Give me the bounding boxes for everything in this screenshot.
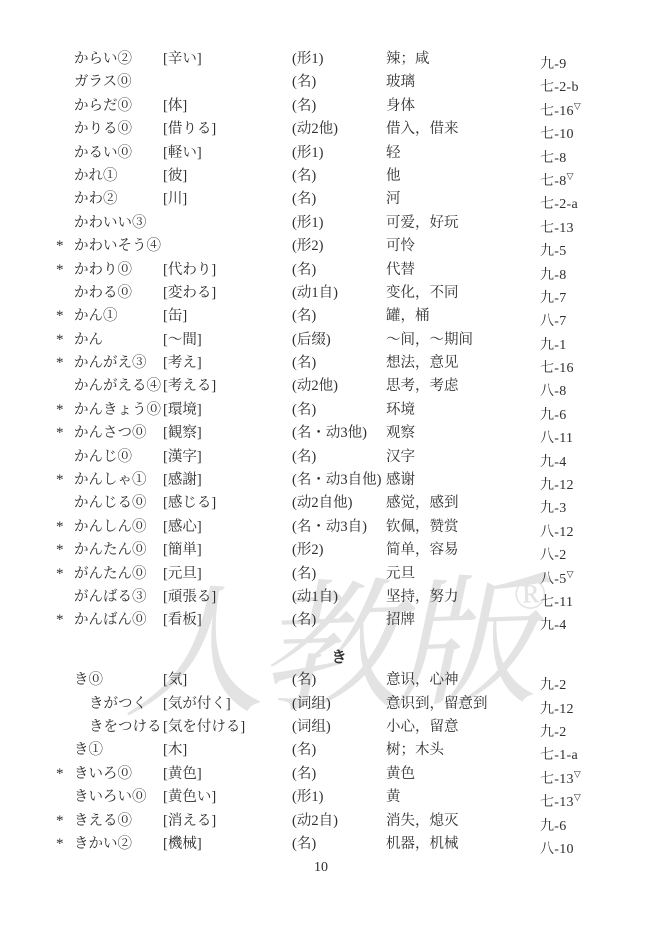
section-header: き [56, 646, 622, 669]
word-kanji: [感じる] [163, 492, 292, 515]
star-marker [56, 716, 74, 739]
word-kana: かんたん⓪ [74, 539, 163, 562]
lesson-reference: 七-8▽ [540, 165, 622, 188]
part-of-speech: (形2) [292, 539, 386, 562]
star-marker [56, 48, 74, 71]
star-marker [56, 282, 74, 305]
word-kana: かんじ⓪ [74, 446, 163, 469]
star-marker: * [56, 469, 74, 492]
word-kana: かわり⓪ [74, 259, 163, 282]
word-kanji: [川] [163, 188, 292, 211]
vocabulary-list: からい② [辛い] (形1) 辣；咸 九-9 ガラス⓪ (名) 玻璃 七-2-b… [56, 48, 622, 856]
star-marker: * [56, 539, 74, 562]
meaning-chinese: 轻 [386, 142, 401, 165]
part-of-speech: (动2自他) [292, 492, 386, 515]
word-kana: かわる⓪ [74, 282, 163, 305]
word-kana: きいろい⓪ [74, 786, 163, 809]
lesson-reference-text: 七-13 [540, 772, 574, 787]
vocab-row: かりる⓪ [借りる] (动2他) 借入，借来 七-10 [56, 118, 622, 141]
pos-meaning-group: (名) 树；木头 [292, 739, 540, 762]
pos-meaning-group: (形2) 简单，容易 [292, 539, 540, 562]
word-kanji [163, 212, 292, 235]
pos-meaning-group: (形1) 辣；咸 [292, 48, 540, 71]
vocab-row: かるい⓪ [軽い] (形1) 轻 七-8 [56, 142, 622, 165]
document-page: 人教版® からい② [辛い] (形1) 辣；咸 九-9 ガラス⓪ (名) 玻璃 … [0, 0, 658, 926]
part-of-speech: (名) [292, 833, 386, 856]
vocab-row: からだ⓪ [体] (名) 身体 七-16▽ [56, 95, 622, 118]
lesson-reference: 七-13▽ [540, 786, 622, 809]
part-of-speech: (名) [292, 352, 386, 375]
star-marker [56, 586, 74, 609]
part-of-speech: (名) [292, 165, 386, 188]
pos-meaning-group: (名) 河 [292, 188, 540, 211]
meaning-chinese: ～间，～期间 [386, 329, 473, 352]
vocab-row: がんばる③ [頑張る] (动1自) 坚持，努力 七-11 [56, 586, 622, 609]
word-kanji: [機械] [163, 833, 292, 856]
pos-meaning-group: (名) 招牌 [292, 609, 540, 632]
lesson-reference: 九-6 [540, 810, 622, 833]
star-marker: * [56, 329, 74, 352]
pos-meaning-group: (名・动3自) 钦佩，赞赏 [292, 516, 540, 539]
word-kanji: [彼] [163, 165, 292, 188]
word-kanji: [考え] [163, 352, 292, 375]
meaning-chinese: 意识到，留意到 [386, 693, 488, 716]
word-kanji: [借りる] [163, 118, 292, 141]
meaning-chinese: 罐，桶 [386, 305, 430, 328]
lesson-reference-text: 九-6 [540, 819, 567, 834]
star-marker: * [56, 609, 74, 632]
word-kana: かわ② [74, 188, 163, 211]
vocab-row: きいろい⓪ [黄色い] (形1) 黄 七-13▽ [56, 786, 622, 809]
pos-meaning-group: (后缀) ～间，～期间 [292, 329, 540, 352]
word-kanji: [代わり] [163, 259, 292, 282]
star-marker [56, 669, 74, 692]
lesson-reference-mark: ▽ [567, 171, 574, 181]
word-kana: かわいい③ [74, 212, 163, 235]
vocab-row: * かんばん⓪ [看板] (名) 招牌 九-4 [56, 609, 622, 632]
meaning-chinese: 他 [386, 165, 401, 188]
meaning-chinese: 简单，容易 [386, 539, 459, 562]
star-marker [56, 446, 74, 469]
lesson-reference-text: 八-8 [540, 384, 567, 399]
pos-meaning-group: (名) 身体 [292, 95, 540, 118]
pos-meaning-group: (动2他) 思考，考虑 [292, 375, 540, 398]
word-kanji: [消える] [163, 810, 292, 833]
meaning-chinese: 辣；咸 [386, 48, 430, 71]
word-kanji: [変わる] [163, 282, 292, 305]
part-of-speech: (名) [292, 739, 386, 762]
word-kanji: [頑張る] [163, 586, 292, 609]
lesson-reference: 八-12 [540, 516, 622, 539]
word-kana: がんばる③ [74, 586, 163, 609]
part-of-speech: (名・动3自) [292, 516, 386, 539]
word-kana: き⓪ [74, 669, 163, 692]
meaning-chinese: 元旦 [386, 563, 415, 586]
word-kanji: [体] [163, 95, 292, 118]
pos-meaning-group: (名) 元旦 [292, 563, 540, 586]
word-kanji: [気を付ける] [163, 716, 292, 739]
meaning-chinese: 小心，留意 [386, 716, 459, 739]
lesson-reference: 九-12 [540, 469, 622, 492]
vocab-row: * かわいそう④ (形2) 可怜 九-5 [56, 235, 622, 258]
lesson-reference: 八-2 [540, 539, 622, 562]
word-kanji: [気が付く] [163, 693, 292, 716]
lesson-reference-text: 九-1 [540, 338, 567, 353]
word-kana: かん [74, 329, 163, 352]
vocab-row: * かん① [缶] (名) 罐，桶 八-7 [56, 305, 622, 328]
part-of-speech: (形1) [292, 48, 386, 71]
vocab-row: * かんしゃ① [感謝] (名・动3自他) 感谢 九-12 [56, 469, 622, 492]
word-kanji [163, 71, 292, 94]
lesson-reference-text: 七-16 [540, 361, 574, 376]
part-of-speech: (名) [292, 609, 386, 632]
vocab-row: かれ① [彼] (名) 他 七-8▽ [56, 165, 622, 188]
word-kana: かわいそう④ [74, 235, 163, 258]
word-kanji: [気] [163, 669, 292, 692]
word-kana: かんきょう⓪ [74, 399, 163, 422]
part-of-speech: (名) [292, 563, 386, 586]
part-of-speech: (动2他) [292, 118, 386, 141]
star-marker: * [56, 305, 74, 328]
part-of-speech: (动2自) [292, 810, 386, 833]
star-marker [56, 118, 74, 141]
lesson-reference-text: 八-11 [540, 431, 573, 446]
vocab-row: き① [木] (名) 树；木头 七-1-a [56, 739, 622, 762]
meaning-chinese: 玻璃 [386, 71, 415, 94]
star-marker [56, 786, 74, 809]
star-marker: * [56, 235, 74, 258]
meaning-chinese: 可爱，好玩 [386, 212, 459, 235]
word-kanji: [軽い] [163, 142, 292, 165]
star-marker [56, 693, 74, 716]
meaning-chinese: 思考，考虑 [386, 375, 459, 398]
vocab-row: かわる⓪ [変わる] (动1自) 变化，不同 九-7 [56, 282, 622, 305]
lesson-reference: 九-5 [540, 235, 622, 258]
meaning-chinese: 钦佩，赞赏 [386, 516, 459, 539]
meaning-chinese: 环境 [386, 399, 415, 422]
pos-meaning-group: (名) 罐，桶 [292, 305, 540, 328]
word-kana: きがつく [74, 693, 163, 716]
word-kanji: [簡単] [163, 539, 292, 562]
pos-meaning-group: (名) 意识，心神 [292, 669, 540, 692]
vocab-row: きがつく [気が付く] (词组) 意识到，留意到 九-12 [56, 693, 622, 716]
vocab-row: からい② [辛い] (形1) 辣；咸 九-9 [56, 48, 622, 71]
lesson-reference: 九-4 [540, 446, 622, 469]
part-of-speech: (名) [292, 259, 386, 282]
lesson-reference-text: 九-5 [540, 244, 567, 259]
vocab-row: かんがえる④ [考える] (动2他) 思考，考虑 八-8 [56, 375, 622, 398]
word-kana: かんばん⓪ [74, 609, 163, 632]
lesson-reference-text: 七-2-b [540, 80, 579, 95]
vocab-row: かんじ⓪ [漢字] (名) 汉字 九-4 [56, 446, 622, 469]
star-marker: * [56, 352, 74, 375]
part-of-speech: (动1自) [292, 282, 386, 305]
lesson-reference-mark: ▽ [567, 569, 574, 579]
meaning-chinese: 黄 [386, 786, 401, 809]
word-kanji: [缶] [163, 305, 292, 328]
part-of-speech: (形1) [292, 212, 386, 235]
meaning-chinese: 树；木头 [386, 739, 444, 762]
lesson-reference-text: 八-12 [540, 525, 574, 540]
vocab-row: * かんがえ③ [考え] (名) 想法，意见 七-16 [56, 352, 622, 375]
lesson-reference-text: 九-7 [540, 291, 567, 306]
word-kanji: [感心] [163, 516, 292, 539]
pos-meaning-group: (动2自) 消失，熄灭 [292, 810, 540, 833]
lesson-reference-text: 八-10 [540, 842, 574, 857]
star-marker [56, 71, 74, 94]
meaning-chinese: 变化，不同 [386, 282, 459, 305]
part-of-speech: (动1自) [292, 586, 386, 609]
lesson-reference: 九-3 [540, 492, 622, 515]
pos-meaning-group: (名) 他 [292, 165, 540, 188]
lesson-reference-text: 七-16 [540, 104, 574, 119]
lesson-reference-text: 八-7 [540, 314, 567, 329]
vocab-row: * かんきょう⓪ [環境] (名) 环境 九-6 [56, 399, 622, 422]
word-kanji: [辛い] [163, 48, 292, 71]
vocab-row: * きいろ⓪ [黄色] (名) 黄色 七-13▽ [56, 763, 622, 786]
lesson-reference: 七-1-a [540, 739, 622, 762]
pos-meaning-group: (动1自) 变化，不同 [292, 282, 540, 305]
word-kana: き① [74, 739, 163, 762]
part-of-speech: (名・动3他) [292, 422, 386, 445]
lesson-reference-text: 九-6 [540, 408, 567, 423]
vocab-row: き⓪ [気] (名) 意识，心神 九-2 [56, 669, 622, 692]
lesson-reference-text: 七-8 [540, 174, 567, 189]
pos-meaning-group: (形2) 可怜 [292, 235, 540, 258]
vocab-row: かわ② [川] (名) 河 七-2-a [56, 188, 622, 211]
lesson-reference: 九-4 [540, 609, 622, 632]
word-kana: かれ① [74, 165, 163, 188]
pos-meaning-group: (名) 环境 [292, 399, 540, 422]
star-marker [56, 375, 74, 398]
word-kanji: [感謝] [163, 469, 292, 492]
part-of-speech: (名) [292, 446, 386, 469]
word-kanji: [黄色] [163, 763, 292, 786]
part-of-speech: (动2他) [292, 375, 386, 398]
vocab-row: * かわり⓪ [代わり] (名) 代替 九-8 [56, 259, 622, 282]
pos-meaning-group: (名) 想法，意见 [292, 352, 540, 375]
meaning-chinese: 感谢 [386, 469, 415, 492]
part-of-speech: (词组) [292, 693, 386, 716]
star-marker [56, 142, 74, 165]
lesson-reference: 九-6 [540, 399, 622, 422]
vocab-row: ガラス⓪ (名) 玻璃 七-2-b [56, 71, 622, 94]
word-kana: かんしん⓪ [74, 516, 163, 539]
pos-meaning-group: (名・动3自他) 感谢 [292, 469, 540, 492]
star-marker: * [56, 810, 74, 833]
lesson-reference: 八-7 [540, 305, 622, 328]
part-of-speech: (名) [292, 95, 386, 118]
word-kanji: [～間] [163, 329, 292, 352]
lesson-reference-text: 九-4 [540, 455, 567, 470]
star-marker: * [56, 422, 74, 445]
meaning-chinese: 消失，熄灭 [386, 810, 459, 833]
meaning-chinese: 汉字 [386, 446, 415, 469]
meaning-chinese: 河 [386, 188, 401, 211]
vocab-row: * かんたん⓪ [簡単] (形2) 简单，容易 八-2 [56, 539, 622, 562]
lesson-reference: 七-8 [540, 142, 622, 165]
word-kanji: [観察] [163, 422, 292, 445]
pos-meaning-group: (形1) 可爱，好玩 [292, 212, 540, 235]
star-marker: * [56, 833, 74, 856]
part-of-speech: (名) [292, 399, 386, 422]
pos-meaning-group: (动2他) 借入，借来 [292, 118, 540, 141]
vocab-row: * かん [～間] (后缀) ～间，～期间 九-1 [56, 329, 622, 352]
lesson-reference-text: 八-5 [540, 572, 567, 587]
word-kana: かりる⓪ [74, 118, 163, 141]
word-kana: きえる⓪ [74, 810, 163, 833]
vocab-row: * かんしん⓪ [感心] (名・动3自) 钦佩，赞赏 八-12 [56, 516, 622, 539]
page-number: 10 [0, 860, 642, 876]
star-marker [56, 739, 74, 762]
pos-meaning-group: (词组) 意识到，留意到 [292, 693, 540, 716]
vocab-row: きをつける [気を付ける] (词组) 小心，留意 九-2 [56, 716, 622, 739]
pos-meaning-group: (名) 机器，机械 [292, 833, 540, 856]
word-kana: ガラス⓪ [74, 71, 163, 94]
word-kana: かんじる⓪ [74, 492, 163, 515]
pos-meaning-group: (名) 玻璃 [292, 71, 540, 94]
meaning-chinese: 想法，意见 [386, 352, 459, 375]
lesson-reference-text: 七-13 [540, 221, 574, 236]
part-of-speech: (形1) [292, 142, 386, 165]
word-kana: きいろ⓪ [74, 763, 163, 786]
pos-meaning-group: (名) 黄色 [292, 763, 540, 786]
word-kanji: [元旦] [163, 563, 292, 586]
part-of-speech: (名・动3自他) [292, 469, 386, 492]
meaning-chinese: 感觉，感到 [386, 492, 459, 515]
lesson-reference-text: 八-2 [540, 548, 567, 563]
pos-meaning-group: (动2自他) 感觉，感到 [292, 492, 540, 515]
meaning-chinese: 坚持，努力 [386, 586, 459, 609]
meaning-chinese: 招牌 [386, 609, 415, 632]
vocab-row: * かんさつ⓪ [観察] (名・动3他) 观察 八-11 [56, 422, 622, 445]
pos-meaning-group: (词组) 小心，留意 [292, 716, 540, 739]
lesson-reference: 七-10 [540, 118, 622, 141]
meaning-chinese: 观察 [386, 422, 415, 445]
word-kana: かん① [74, 305, 163, 328]
lesson-reference-text: 九-3 [540, 501, 567, 516]
lesson-reference-text: 九-2 [540, 678, 567, 693]
lesson-reference-text: 九-2 [540, 725, 567, 740]
pos-meaning-group: (形1) 轻 [292, 142, 540, 165]
vocab-row: かんじる⓪ [感じる] (动2自他) 感觉，感到 九-3 [56, 492, 622, 515]
word-kana: かんしゃ① [74, 469, 163, 492]
star-marker [56, 165, 74, 188]
lesson-reference-text: 七-10 [540, 127, 574, 142]
lesson-reference: 七-11 [540, 586, 622, 609]
star-marker: * [56, 259, 74, 282]
meaning-chinese: 机器，机械 [386, 833, 459, 856]
word-kana: きかい② [74, 833, 163, 856]
word-kana: きをつける [74, 716, 163, 739]
word-kana: からい② [74, 48, 163, 71]
lesson-reference-text: 九-12 [540, 702, 574, 717]
lesson-reference-text: 七-13 [540, 795, 574, 810]
word-kanji: [考える] [163, 375, 292, 398]
lesson-reference: 八-10 [540, 833, 622, 856]
word-kana: かんがえる④ [74, 375, 163, 398]
word-kana: かんさつ⓪ [74, 422, 163, 445]
lesson-reference: 九-9 [540, 48, 622, 71]
word-kanji: [木] [163, 739, 292, 762]
star-marker [56, 188, 74, 211]
pos-meaning-group: (名・动3他) 观察 [292, 422, 540, 445]
meaning-chinese: 意识，心神 [386, 669, 459, 692]
word-kanji: [黄色い] [163, 786, 292, 809]
lesson-reference-text: 九-12 [540, 478, 574, 493]
word-kana: がんたん⓪ [74, 563, 163, 586]
vocab-row: かわいい③ (形1) 可爱，好玩 七-13 [56, 212, 622, 235]
lesson-reference: 七-2-b [540, 71, 622, 94]
lesson-reference: 九-8 [540, 259, 622, 282]
lesson-reference-mark: ▽ [574, 769, 581, 779]
lesson-reference-text: 九-4 [540, 618, 567, 633]
lesson-reference: 九-1 [540, 329, 622, 352]
word-kanji [163, 235, 292, 258]
lesson-reference: 七-13 [540, 212, 622, 235]
lesson-reference: 八-11 [540, 422, 622, 445]
part-of-speech: (形2) [292, 235, 386, 258]
star-marker: * [56, 563, 74, 586]
lesson-reference-mark: ▽ [574, 101, 581, 111]
star-marker: * [56, 763, 74, 786]
vocab-row: * きえる⓪ [消える] (动2自) 消失，熄灭 九-6 [56, 810, 622, 833]
vocab-row: * がんたん⓪ [元旦] (名) 元旦 八-5▽ [56, 563, 622, 586]
pos-meaning-group: (形1) 黄 [292, 786, 540, 809]
lesson-reference: 八-8 [540, 375, 622, 398]
lesson-reference-text: 七-11 [540, 595, 573, 610]
lesson-reference: 七-2-a [540, 188, 622, 211]
star-marker: * [56, 516, 74, 539]
lesson-reference: 七-13▽ [540, 763, 622, 786]
part-of-speech: (后缀) [292, 329, 386, 352]
star-marker [56, 95, 74, 118]
lesson-reference: 九-12 [540, 693, 622, 716]
meaning-chinese: 借入，借来 [386, 118, 459, 141]
lesson-reference: 七-16▽ [540, 95, 622, 118]
lesson-reference: 八-5▽ [540, 563, 622, 586]
word-kana: からだ⓪ [74, 95, 163, 118]
part-of-speech: (词组) [292, 716, 386, 739]
lesson-reference: 九-2 [540, 716, 622, 739]
part-of-speech: (名) [292, 669, 386, 692]
pos-meaning-group: (名) 汉字 [292, 446, 540, 469]
star-marker [56, 492, 74, 515]
meaning-chinese: 身体 [386, 95, 415, 118]
lesson-reference-text: 七-8 [540, 151, 567, 166]
pos-meaning-group: (名) 代替 [292, 259, 540, 282]
lesson-reference: 九-7 [540, 282, 622, 305]
meaning-chinese: 黄色 [386, 763, 415, 786]
part-of-speech: (形1) [292, 786, 386, 809]
lesson-reference-mark: ▽ [574, 792, 581, 802]
part-of-speech: (名) [292, 305, 386, 328]
part-of-speech: (名) [292, 71, 386, 94]
part-of-speech: (名) [292, 763, 386, 786]
word-kanji: [環境] [163, 399, 292, 422]
word-kanji: [看板] [163, 609, 292, 632]
lesson-reference: 七-16 [540, 352, 622, 375]
vocab-row: * きかい② [機械] (名) 机器，机械 八-10 [56, 833, 622, 856]
part-of-speech: (名) [292, 188, 386, 211]
word-kana: かんがえ③ [74, 352, 163, 375]
star-marker [56, 212, 74, 235]
star-marker: * [56, 399, 74, 422]
lesson-reference-text: 七-1-a [540, 748, 578, 763]
pos-meaning-group: (动1自) 坚持，努力 [292, 586, 540, 609]
lesson-reference-text: 七-2-a [540, 197, 578, 212]
lesson-reference-text: 九-9 [540, 57, 567, 72]
